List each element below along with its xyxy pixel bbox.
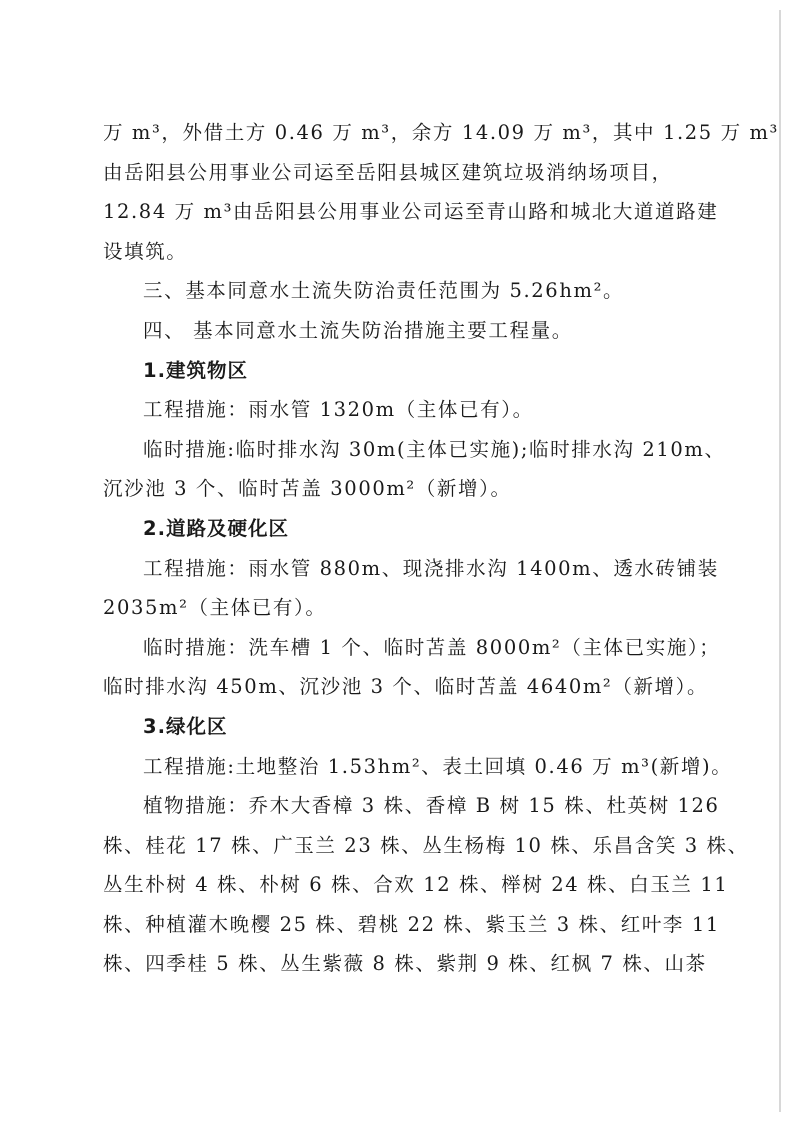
- body-line: 株、桂花 17 株、广玉兰 23 株、丛生杨梅 10 株、乐昌含笑 3 株、: [103, 826, 703, 866]
- body-line: 设填筑。: [103, 232, 703, 272]
- body-line: 株、四季桂 5 株、丛生紫薇 8 株、紫荆 9 株、红枫 7 株、山茶: [103, 944, 703, 984]
- body-line: 由岳阳县公用事业公司运至岳阳县城区建筑垃圾消纳场项目，: [103, 153, 703, 193]
- subheading-building-area: 1.建筑物区: [103, 351, 703, 391]
- body-line: 临时措施:临时排水沟 30m(主体已实施);临时排水沟 210m、: [103, 430, 703, 470]
- scan-edge-shadow: [779, 10, 781, 1112]
- section-three-paragraph: 三、基本同意水土流失防治责任范围为 5.26hm²。: [103, 271, 703, 311]
- body-line: 工程措施：雨水管 1320m（主体已有）。: [103, 390, 703, 430]
- section-four-paragraph: 四、 基本同意水土流失防治措施主要工程量。: [103, 311, 703, 351]
- subheading-road-hardened-area: 2.道路及硬化区: [103, 509, 703, 549]
- body-line: 临时排水沟 450m、沉沙池 3 个、临时苫盖 4640m²（新增）。: [103, 667, 703, 707]
- body-line: 2035m²（主体已有）。: [103, 588, 703, 628]
- body-line: 植物措施：乔木大香樟 3 株、香樟 B 树 15 株、杜英树 126: [103, 786, 703, 826]
- body-line: 丛生朴树 4 株、朴树 6 株、合欢 12 株、榉树 24 株、白玉兰 11: [103, 865, 703, 905]
- body-line: 万 m³，外借土方 0.46 万 m³，余方 14.09 万 m³，其中 1.2…: [103, 113, 703, 153]
- body-line: 临时措施：洗车槽 1 个、临时苫盖 8000m²（主体已实施）；: [103, 628, 703, 668]
- body-line: 12.84 万 m³由岳阳县公用事业公司运至青山路和城北大道道路建: [103, 192, 703, 232]
- document-page: 万 m³，外借土方 0.46 万 m³，余方 14.09 万 m³，其中 1.2…: [103, 113, 703, 984]
- subheading-green-area: 3.绿化区: [103, 707, 703, 747]
- body-line: 工程措施：雨水管 880m、现浇排水沟 1400m、透水砖铺装: [103, 549, 703, 589]
- body-line: 株、种植灌木晚樱 25 株、碧桃 22 株、紫玉兰 3 株、红叶李 11: [103, 905, 703, 945]
- body-line: 工程措施:土地整治 1.53hm²、表土回填 0.46 万 m³(新增)。: [103, 747, 703, 787]
- body-line: 沉沙池 3 个、临时苫盖 3000m²（新增）。: [103, 469, 703, 509]
